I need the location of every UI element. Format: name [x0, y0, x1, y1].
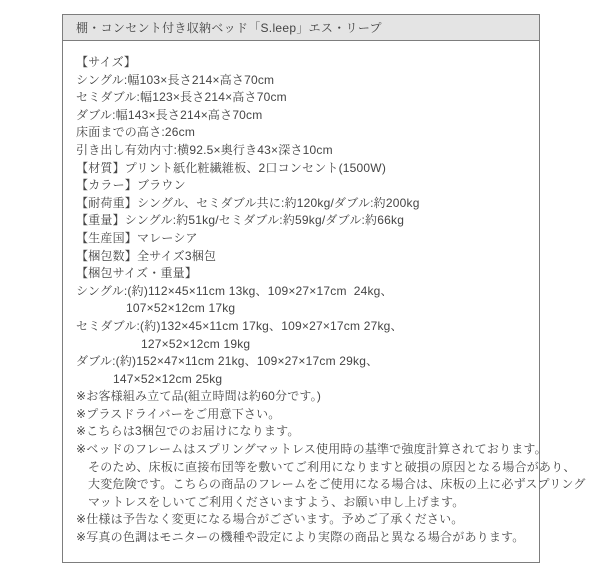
spec-package-double-cont: 147×52×12cm 25kg: [76, 371, 526, 389]
note-delivery-packages: ※こちらは3梱包でのお届けになります。: [76, 423, 526, 441]
spec-floor-height: 床面までの高さ:26cm: [76, 124, 526, 142]
spec-package-single-cont: 107×52×12cm 17kg: [76, 300, 526, 318]
spec-package-semidouble: セミダブル:(約)132×45×11cm 17kg、109×27×17cm 27…: [76, 318, 526, 336]
note-color-difference: ※写真の色調はモニターの機種や設定により実際の商品と異なる場合があります。: [76, 529, 526, 547]
spec-country: 【生産国】マレーシア: [76, 230, 526, 248]
note-frame-strength: ※ベッドのフレームはスプリングマットレス使用時の基準で強度計算されております。: [76, 441, 526, 459]
spec-drawer-inner-size: 引き出し有効内寸:横92.5×奥行き43×深さ10cm: [76, 142, 526, 160]
product-spec-box: 棚・コンセント付き収納ベッド「S.leep」エス・リープ 【サイズ】 シングル:…: [62, 14, 540, 563]
spec-load-capacity: 【耐荷重】シングル、セミダブル共に:約120kg/ダブル:約200kg: [76, 195, 526, 213]
spec-heading-size: 【サイズ】: [76, 54, 526, 72]
note-spec-change: ※仕様は予告なく変更になる場合がございます。予めご了承ください。: [76, 511, 526, 529]
spec-color: 【カラー】ブラウン: [76, 177, 526, 195]
spec-package-double: ダブル:(約)152×47×11cm 21kg、109×27×17cm 29kg…: [76, 353, 526, 371]
note-assembly: ※お客様組み立て品(組立時間は約60分です。): [76, 388, 526, 406]
spec-size-single: シングル:幅103×長さ214×高さ70cm: [76, 72, 526, 90]
product-title: 棚・コンセント付き収納ベッド「S.leep」エス・リープ: [76, 19, 382, 36]
spec-weight: 【重量】シングル:約51kg/セミダブル:約59kg/ダブル:約66kg: [76, 212, 526, 230]
note-frame-strength-cont-1: そのため、床板に直接布団等を敷いてご利用になりますと破損の原因となる場合があり、: [76, 459, 526, 477]
spec-package-single: シングル:(約)112×45×11cm 13kg、109×27×17cm 24k…: [76, 283, 526, 301]
note-frame-strength-cont-2: 大変危険です。こちらの商品のフレームをご使用になる場合は、床板の上に必ずスプリン…: [76, 476, 526, 494]
note-screwdriver: ※プラスドライバーをご用意下さい。: [76, 406, 526, 424]
note-frame-strength-cont-3: マットレスをしいてご利用くださいますよう、お願い申し上げます。: [76, 494, 526, 512]
spec-size-double: ダブル:幅143×長さ214×高さ70cm: [76, 107, 526, 125]
spec-heading-package: 【梱包サイズ・重量】: [76, 265, 526, 283]
spec-package-semidouble-cont: 127×52×12cm 19kg: [76, 336, 526, 354]
spec-size-semidouble: セミダブル:幅123×長さ214×高さ70cm: [76, 89, 526, 107]
page: 棚・コンセント付き収納ベッド「S.leep」エス・リープ 【サイズ】 シングル:…: [0, 0, 600, 583]
product-title-bar: 棚・コンセント付き収納ベッド「S.leep」エス・リープ: [63, 15, 539, 41]
spec-material: 【材質】プリント紙化粧繊維板、2口コンセント(1500W): [76, 160, 526, 178]
spec-body: 【サイズ】 シングル:幅103×長さ214×高さ70cm セミダブル:幅123×…: [63, 41, 539, 547]
spec-package-count: 【梱包数】全サイズ3梱包: [76, 248, 526, 266]
